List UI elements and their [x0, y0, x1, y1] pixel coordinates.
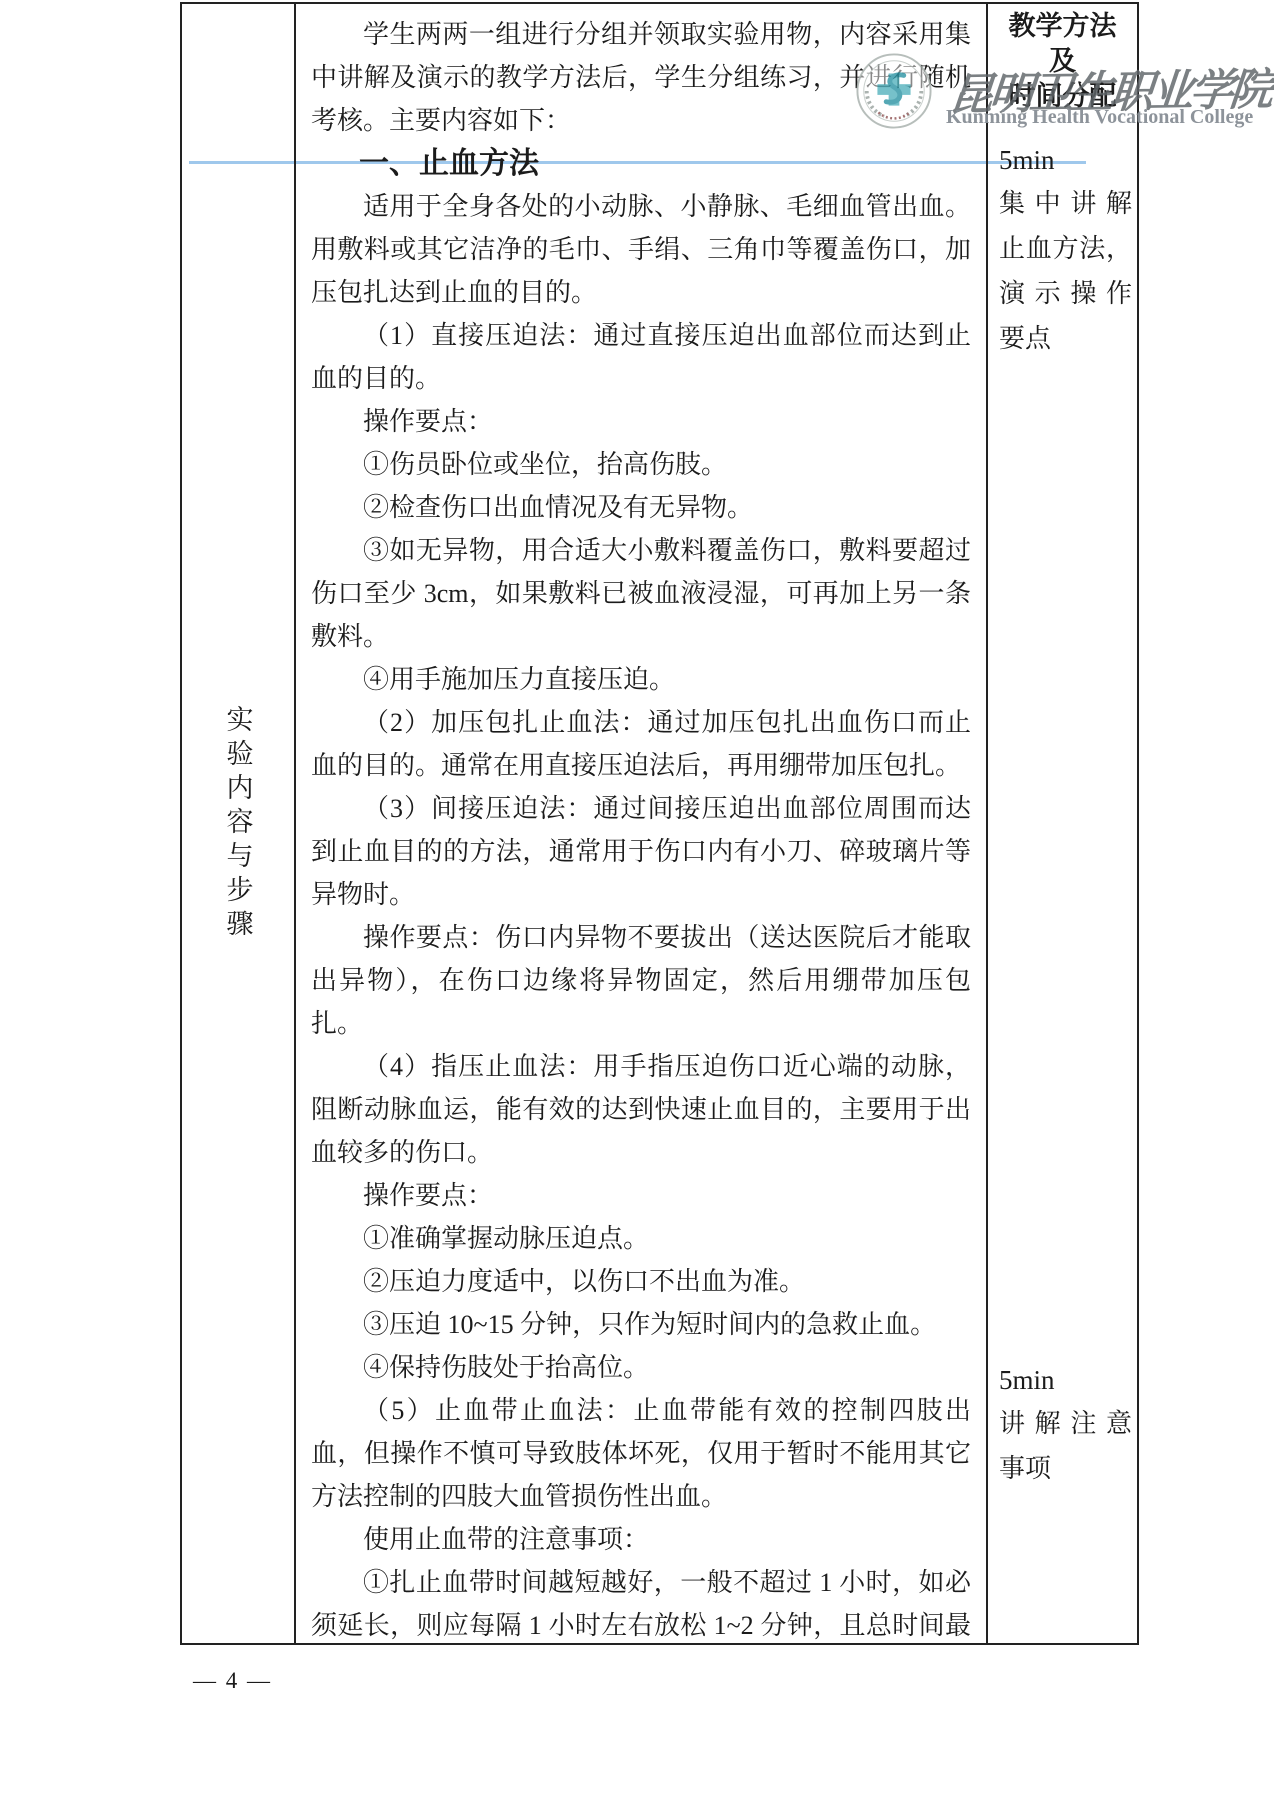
body-paragraph: ③如无异物，用合适大小敷料覆盖伤口，敷料要超过伤口至少 3cm，如果敷料已被血液…	[311, 529, 971, 658]
timing-note-line: 要点	[999, 316, 1132, 361]
methods-header-line: 教学方法	[988, 9, 1137, 44]
body-paragraph: ③压迫 10~15 分钟，只作为短时间内的急救止血。	[311, 1303, 971, 1346]
body-paragraph: 操作要点：	[311, 400, 971, 443]
body-paragraph: （2）加压包扎止血法：通过加压包扎出血伤口而止血的目的。通常在用直接压迫法后，再…	[311, 701, 971, 787]
lesson-plan-table: 实验内容与步骤 学生两两一组进行分组并领取实验用物，内容采用集中讲解及演示的教学…	[180, 2, 1139, 1645]
body-paragraph: ④用手施加压力直接压迫。	[311, 658, 971, 701]
timing-block-1: 5min 集中讲解止血方法，演示操作要点	[999, 140, 1132, 361]
body-paragraphs: 适用于全身各处的小动脉、小静脉、毛细血管出血。用敷料或其它洁净的毛巾、手绢、三角…	[311, 185, 971, 1643]
timing-note-line: 集中讲解	[999, 181, 1132, 226]
timing-note: 集中讲解止血方法，演示操作要点	[999, 181, 1132, 361]
body-paragraph: ④保持伤肢处于抬高位。	[311, 1346, 971, 1389]
column-experiment-content-steps: 实验内容与步骤	[182, 4, 296, 1643]
body-paragraph: ②压迫力度适中，以伤口不出血为准。	[311, 1260, 971, 1303]
body-paragraph: ①扎止血带时间越短越好，一般不超过 1 小时，如必须延长，则应每隔 1 小时左右…	[311, 1561, 971, 1643]
body-paragraph: （3）间接压迫法：通过间接压迫出血部位周围而达到止血目的的方法，通常用于伤口内有…	[311, 787, 971, 916]
duration-label: 5min	[999, 1360, 1132, 1401]
timing-note-line: 事项	[999, 1446, 1132, 1491]
duration-label: 5min	[999, 140, 1132, 181]
body-paragraph: 使用止血带的注意事项：	[311, 1518, 971, 1561]
column-teaching-methods: 教学方法及时间分配 5min 集中讲解止血方法，演示操作要点 5min 讲解注意…	[988, 4, 1137, 1643]
methods-header-line: 时间分配	[988, 79, 1137, 114]
timing-note: 讲解注意事项	[999, 1401, 1132, 1491]
body-paragraph: ①准确掌握动脉压迫点。	[311, 1217, 971, 1260]
column-main-content: 学生两两一组进行分组并领取实验用物，内容采用集中讲解及演示的教学方法后，学生分组…	[296, 4, 988, 1643]
body-paragraph: （4）指压止血法：用手指压迫伤口近心端的动脉，阻断动脉血运，能有效的达到快速止血…	[311, 1045, 971, 1174]
intro-paragraph: 学生两两一组进行分组并领取实验用物，内容采用集中讲解及演示的教学方法后，学生分组…	[311, 13, 971, 142]
page-number: — 4 —	[193, 1668, 272, 1694]
body-paragraph: ①伤员卧位或坐位，抬高伤肢。	[311, 443, 971, 486]
body-paragraph: ②检查伤口出血情况及有无异物。	[311, 486, 971, 529]
body-paragraph: （5）止血带止血法：止血带能有效的控制四肢出血，但操作不慎可导致肢体坏死，仅用于…	[311, 1389, 971, 1518]
timing-note-line: 止血方法，	[999, 226, 1132, 271]
section-heading: 一、止血方法	[311, 142, 971, 185]
timing-note-line: 演示操作	[999, 271, 1132, 316]
timing-note-line: 讲解注意	[999, 1401, 1132, 1446]
body-paragraph: （1）直接压迫法：通过直接压迫出血部位而达到止血的目的。	[311, 314, 971, 400]
methods-column-header: 教学方法及时间分配	[988, 9, 1137, 114]
body-paragraph: 操作要点：	[311, 1174, 971, 1217]
scanned-lesson-plan-page: { "colors": { "accent_line": "#9fc8ec", …	[0, 0, 1274, 1801]
main-content-text: 学生两两一组进行分组并领取实验用物，内容采用集中讲解及演示的教学方法后，学生分组…	[296, 4, 986, 1643]
methods-header-line: 及	[988, 44, 1137, 79]
left-column-label: 实验内容与步骤	[219, 705, 258, 943]
body-paragraph: 操作要点：伤口内异物不要拔出（送达医院后才能取出异物），在伤口边缘将异物固定，然…	[311, 916, 971, 1045]
timing-block-2: 5min 讲解注意事项	[999, 1360, 1132, 1491]
body-paragraph: 适用于全身各处的小动脉、小静脉、毛细血管出血。用敷料或其它洁净的毛巾、手绢、三角…	[311, 185, 971, 314]
